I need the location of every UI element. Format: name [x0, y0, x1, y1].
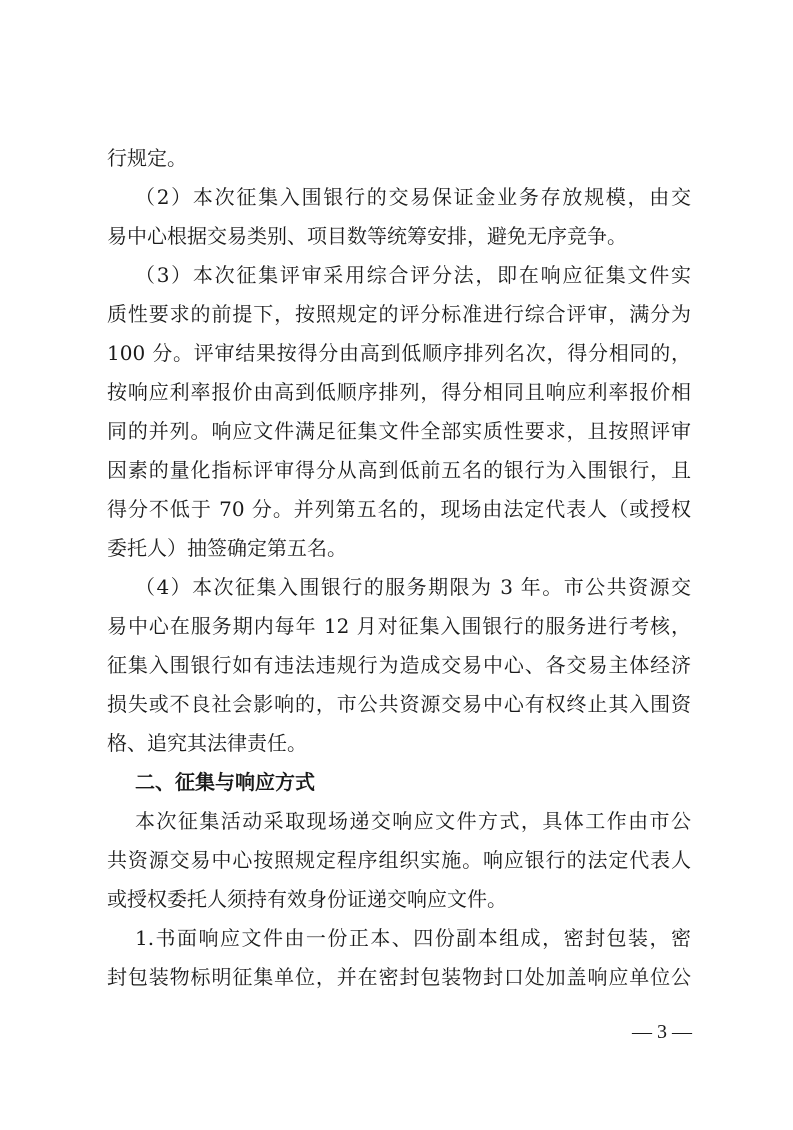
document-page: 行规定。（2）本次征集入围银行的交易保证金业务存放规模，由交易中心根据交易类别、… [0, 0, 793, 1130]
body-text-line: 易中心根据交易类别、项目数等统筹安排，避免无序竞争。 [107, 220, 691, 252]
body-text-line: 本次征集活动采取现场递交响应文件方式，具体工作由市公 [135, 805, 691, 837]
body-text-line: （2）本次征集入围银行的交易保证金业务存放规模，由交 [135, 181, 691, 213]
body-text-line: 委托人）抽签确定第五名。 [107, 532, 691, 564]
body-text-line: 100 分。评审结果按得分由高到低顺序排列名次，得分相同的， [107, 337, 691, 369]
body-text-line: 封包装物标明征集单位，并在密封包装物封口处加盖响应单位公 [107, 961, 691, 993]
body-text-line: 得分不低于 70 分。并列第五名的，现场由法定代表人（或授权 [107, 493, 691, 525]
body-text-line: 格、追究其法律责任。 [107, 727, 691, 759]
body-text-line: （3）本次征集评审采用综合评分法，即在响应征集文件实 [135, 259, 691, 291]
page-number: — 3 — [608, 1018, 692, 1046]
body-text-line: 同的并列。响应文件满足征集文件全部实质性要求，且按照评审 [107, 415, 691, 447]
body-text-line: 共资源交易中心按照规定程序组织实施。响应银行的法定代表人 [107, 844, 691, 876]
body-text-line: 质性要求的前提下，按照规定的评分标准进行综合评审，满分为 [107, 298, 691, 330]
body-text-line: 行规定。 [107, 142, 691, 174]
body-text-line: 因素的量化指标评审得分从高到低前五名的银行为入围银行，且 [107, 454, 691, 486]
body-text-line: 或授权委托人须持有效身份证递交响应文件。 [107, 883, 691, 915]
body-text-line: 征集入围银行如有违法违规行为造成交易中心、各交易主体经济 [107, 649, 691, 681]
body-text-line: 按响应利率报价由高到低顺序排列，得分相同且响应利率报价相 [107, 376, 691, 408]
body-text-line: 易中心在服务期内每年 12 月对征集入围银行的服务进行考核， [107, 610, 691, 642]
body-text-line: 1.书面响应文件由一份正本、四份副本组成，密封包装，密 [135, 922, 691, 954]
section-heading: 二、征集与响应方式 [135, 766, 691, 798]
body-text-line: （4）本次征集入围银行的服务期限为 3 年。市公共资源交 [135, 571, 691, 603]
body-text-line: 损失或不良社会影响的，市公共资源交易中心有权终止其入围资 [107, 688, 691, 720]
